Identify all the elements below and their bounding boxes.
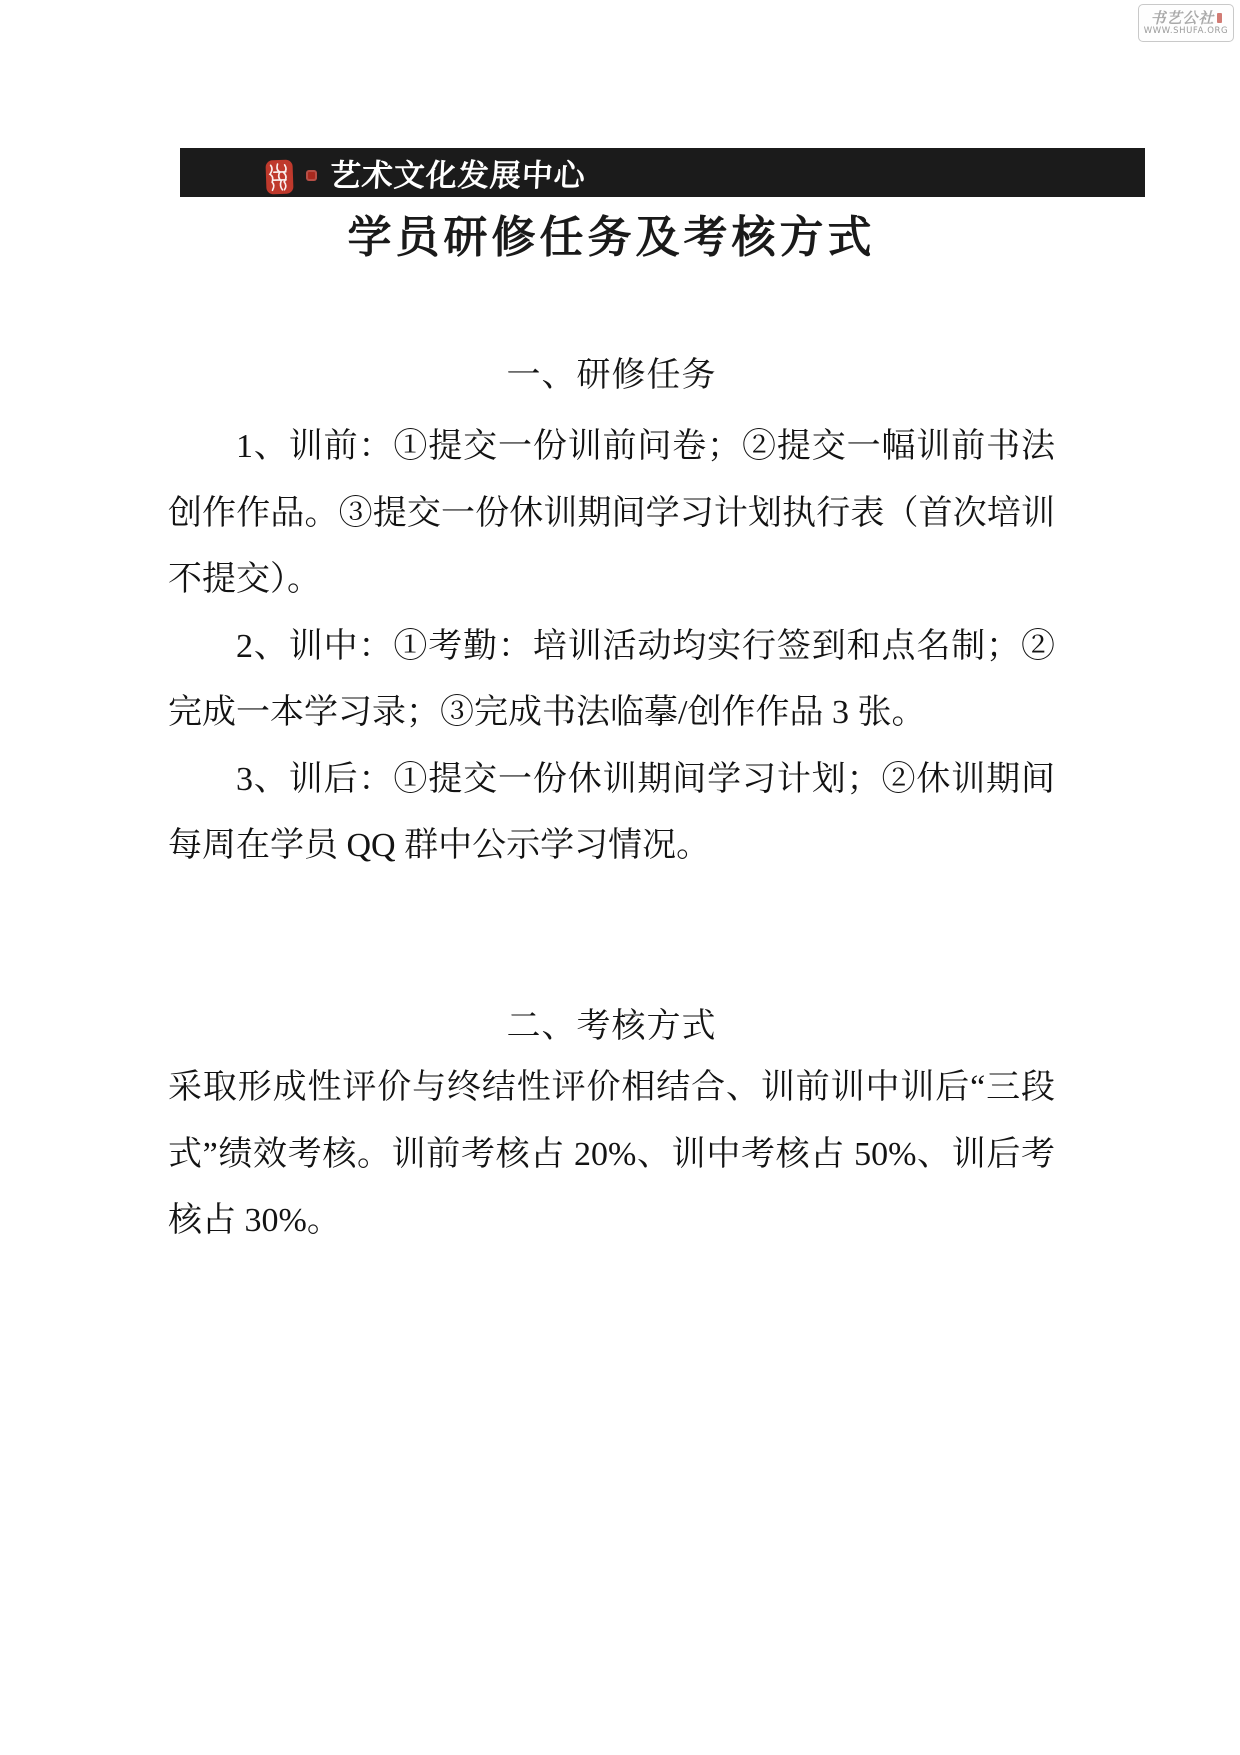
paragraph-train-after: 3、训后：①提交一份休训期间学习计划；②休训期间每周在学员 QQ 群中公示学习情… (168, 747, 1055, 880)
site-watermark: 书艺公社 WWW.SHUFA.ORG (1138, 4, 1234, 42)
watermark-brand: 书艺公社 (1150, 10, 1221, 26)
page-title: 学员研修任务及考核方式 (168, 212, 1055, 264)
paragraph-train-before: 1、训前：①提交一份训前问卷；②提交一幅训前书法创作作品。③提交一份休训期间学习… (168, 414, 1055, 614)
small-seal-ornament-icon (306, 170, 317, 181)
header-banner: 艺术文化发展中心 (180, 148, 1145, 197)
watermark-seal-icon (1217, 13, 1222, 23)
document-page: 书艺公社 WWW.SHUFA.ORG 艺术文化发展中心 学员研修任务及考核方式 … (0, 0, 1240, 1755)
section-2-body: 采取形成性评价与终结性评价相结合、训前训中训后“三段式”绩效考核。训前考核占 2… (168, 1055, 1055, 1255)
section-1-body: 1、训前：①提交一份训前问卷；②提交一幅训前书法创作作品。③提交一份休训期间学习… (168, 414, 1055, 880)
banner-logo-text: 艺术文化发展中心 (329, 148, 588, 197)
paragraph-train-during: 2、训中：①考勤：培训活动均实行签到和点名制；②完成一本学习录；③完成书法临摹/… (168, 614, 1055, 747)
section-2-heading: 二、考核方式 (168, 1007, 1055, 1047)
watermark-url: WWW.SHUFA.ORG (1144, 26, 1228, 36)
paragraph-assessment: 采取形成性评价与终结性评价相结合、训前训中训后“三段式”绩效考核。训前考核占 2… (168, 1055, 1055, 1255)
section-1-heading: 一、研修任务 (168, 356, 1055, 396)
watermark-brand-text: 书艺公社 (1150, 10, 1214, 26)
red-seal-icon (265, 160, 293, 195)
